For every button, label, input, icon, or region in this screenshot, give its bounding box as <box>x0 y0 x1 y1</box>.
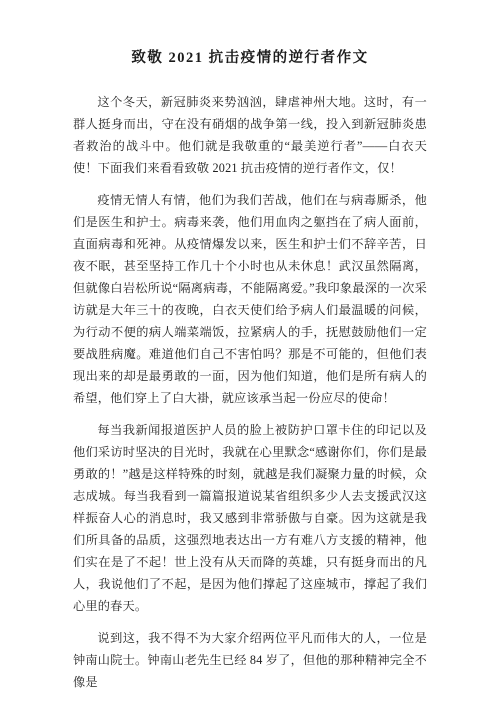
essay-body: 这个冬天，新冠肺炎来势汹汹，肆虐神州大地。这时，有一群人挺身而出，守在没有硝烟的… <box>73 91 427 693</box>
document-page: 致敬 2021 抗击疫情的逆行者作文 这个冬天，新冠肺炎来势汹汹，肆虐神州大地。… <box>0 0 500 707</box>
page-content: 致敬 2021 抗击疫情的逆行者作文 这个冬天，新冠肺炎来势汹汹，肆虐神州大地。… <box>0 0 500 693</box>
essay-title: 致敬 2021 抗击疫情的逆行者作文 <box>73 46 427 67</box>
paragraph: 疫情无情人有情，他们为我们苦战，他们在与病毒厮杀，他们是医生和护士。病毒来袭，他… <box>73 189 427 409</box>
paragraph: 这个冬天，新冠肺炎来势汹汹，肆虐神州大地。这时，有一群人挺身而出，守在没有硝烟的… <box>73 91 427 179</box>
paragraph: 说到这，我不得不为大家介绍两位平凡而伟大的人，一位是钟南山院士。钟南山老先生已经… <box>73 627 427 693</box>
paragraph: 每当我新闻报道医护人员的脸上被防护口罩卡住的印记以及他们采访时坚决的目光时，我就… <box>73 419 427 617</box>
